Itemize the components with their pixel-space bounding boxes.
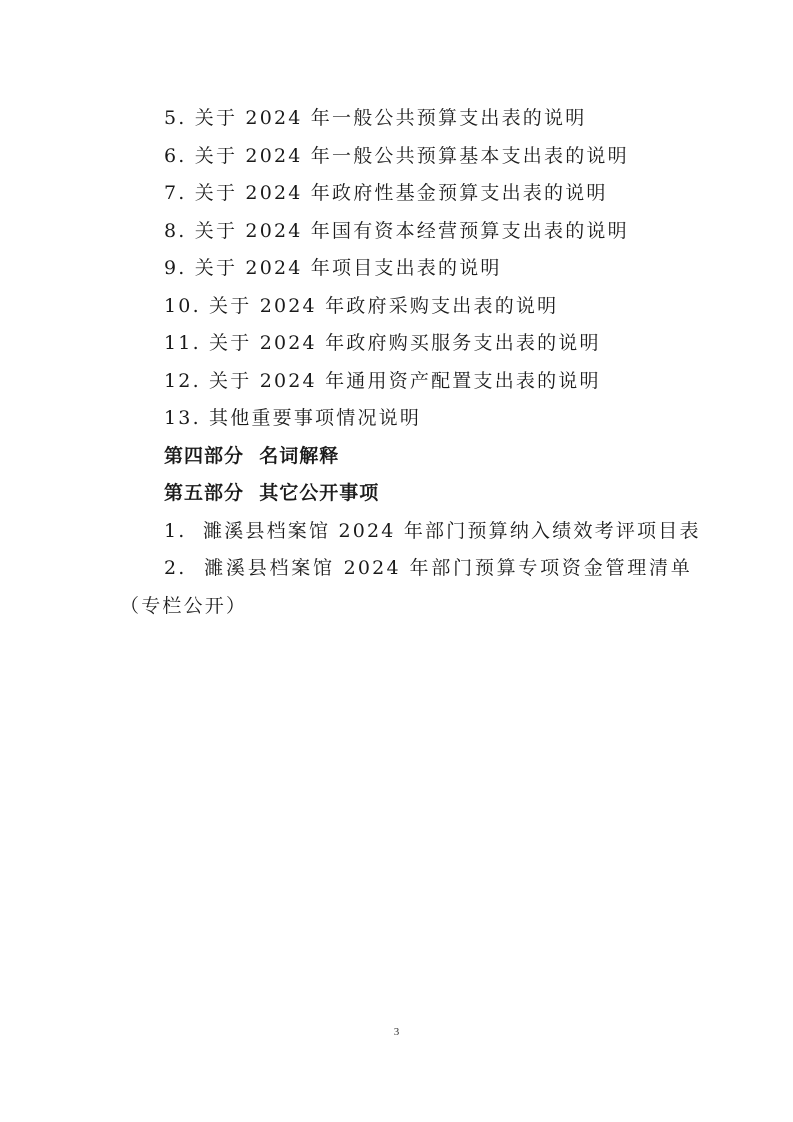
part5-item-2: 2. 濉溪县档案馆 2024 年部门预算专项资金管理清单（专栏公开）	[120, 550, 692, 625]
part5-item-1: 1. 濉溪县档案馆 2024 年部门预算纳入绩效考评项目表	[120, 513, 692, 551]
document-page: 5. 关于 2024 年一般公共预算支出表的说明 6. 关于 2024 年一般公…	[120, 100, 692, 625]
toc-item-8: 8. 关于 2024 年国有资本经营预算支出表的说明	[120, 213, 692, 251]
part4-heading: 第四部分 名词解释	[120, 438, 692, 476]
page-number: 3	[0, 1026, 793, 1038]
toc-item-13: 13. 其他重要事项情况说明	[120, 400, 692, 438]
toc-item-5: 5. 关于 2024 年一般公共预算支出表的说明	[120, 100, 692, 138]
toc-item-7: 7. 关于 2024 年政府性基金预算支出表的说明	[120, 175, 692, 213]
toc-item-10: 10. 关于 2024 年政府采购支出表的说明	[120, 288, 692, 326]
toc-item-9: 9. 关于 2024 年项目支出表的说明	[120, 250, 692, 288]
toc-item-12: 12. 关于 2024 年通用资产配置支出表的说明	[120, 363, 692, 401]
toc-item-11: 11. 关于 2024 年政府购买服务支出表的说明	[120, 325, 692, 363]
toc-item-6: 6. 关于 2024 年一般公共预算基本支出表的说明	[120, 138, 692, 176]
part5-heading: 第五部分 其它公开事项	[120, 475, 692, 513]
